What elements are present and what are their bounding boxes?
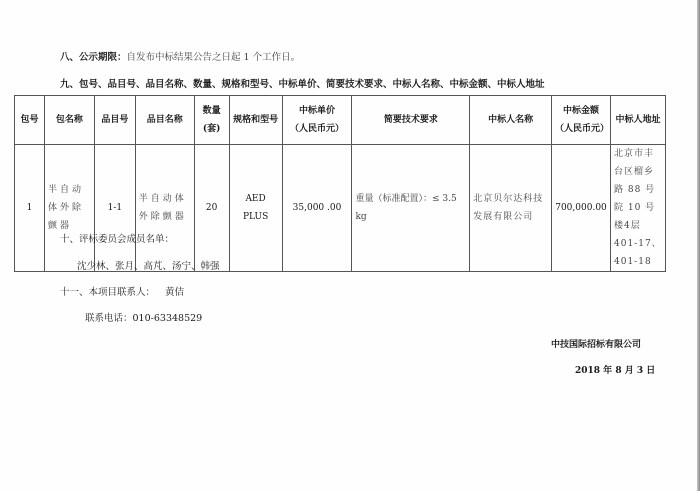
header-amount-line1: 中标金额 bbox=[555, 102, 607, 120]
document-page: 八、公示期限：自发布中标结果公告之日起 1 个工作日。 九、包号、品目号、品目名… bbox=[0, 0, 697, 491]
section-11-contact: 十一、本项目联系人：黄佶 bbox=[60, 287, 184, 299]
cell-amount: 700,000.00 bbox=[552, 145, 611, 272]
section-10-heading: 十、评标委员会成员名单： bbox=[60, 234, 174, 246]
committee-members: 沈少林、张月、高芃、汤宁、韩强 bbox=[77, 261, 220, 273]
cell-tech-req: 重量（标准配置）：≤ 3.5 kg bbox=[352, 145, 470, 272]
header-package-name: 包名称 bbox=[44, 96, 94, 145]
section-9-heading: 九、包号、品目号、品目名称、数量、规格和型号、中标单价、简要技术要求、中标人名称… bbox=[60, 79, 545, 91]
section-8-publicity-period: 八、公示期限：自发布中标结果公告之日起 1 个工作日。 bbox=[60, 52, 300, 64]
cell-winner-name: 北京贝尔达科技发展有限公司 bbox=[470, 145, 552, 272]
contact-phone-line: 联系电话：010-63348529 bbox=[85, 313, 202, 325]
cell-item-no: 1-1 bbox=[94, 145, 135, 272]
table-row: 1 半自动体外除颤器 1-1 半自动体外除颤器 20 AED PLUS 35,0… bbox=[15, 145, 666, 272]
header-quantity-line2: (套) bbox=[198, 120, 226, 138]
signature-company: 中技国际招标有限公司 bbox=[551, 337, 641, 350]
cell-package-no: 1 bbox=[15, 145, 45, 272]
cell-package-name: 半自动体外除颤器 bbox=[44, 145, 94, 272]
header-winner-address: 中标人地址 bbox=[611, 96, 666, 145]
header-amount-line2: （人民币元） bbox=[555, 120, 607, 138]
signature-date: 2018 年 8 月 3 日 bbox=[575, 363, 655, 376]
header-quantity: 数量 (套) bbox=[194, 96, 229, 145]
header-amount: 中标金额 （人民币元） bbox=[552, 96, 611, 145]
cell-item-name: 半自动体外除颤器 bbox=[135, 145, 194, 272]
section-8-text: 自发布中标结果公告之日起 1 个工作日。 bbox=[127, 52, 301, 63]
header-package-no: 包号 bbox=[15, 96, 45, 145]
header-tech-req: 简要技术要求 bbox=[352, 96, 470, 145]
cell-unit-price: 35,000 .00 bbox=[282, 145, 352, 272]
contact-phone-label: 联系电话： bbox=[85, 313, 133, 324]
cell-spec-model: AED PLUS bbox=[229, 145, 282, 272]
header-unit-price: 中标单价 （人民币元） bbox=[282, 96, 352, 145]
header-item-no: 品目号 bbox=[94, 96, 135, 145]
table-header-row: 包号 包名称 品目号 品目名称 数量 (套) 规格和型号 中标单价 （人民币元）… bbox=[15, 96, 666, 145]
header-quantity-line1: 数量 bbox=[198, 102, 226, 120]
header-winner-name: 中标人名称 bbox=[470, 96, 552, 145]
header-spec-model: 规格和型号 bbox=[229, 96, 282, 145]
cell-quantity: 20 bbox=[194, 145, 229, 272]
contact-name: 黄佶 bbox=[165, 287, 184, 298]
header-item-name: 品目名称 bbox=[135, 96, 194, 145]
section-8-label: 八、公示期限： bbox=[60, 52, 127, 63]
header-unit-price-line1: 中标单价 bbox=[286, 102, 349, 120]
cell-winner-address: 北京市丰台区榴乡路 88 号院 10 号楼4层401-17、401-18 bbox=[611, 145, 666, 272]
header-unit-price-line2: （人民币元） bbox=[286, 120, 349, 138]
section-11-heading: 十一、本项目联系人： bbox=[60, 287, 155, 298]
contact-phone: 010-63348529 bbox=[133, 313, 203, 324]
